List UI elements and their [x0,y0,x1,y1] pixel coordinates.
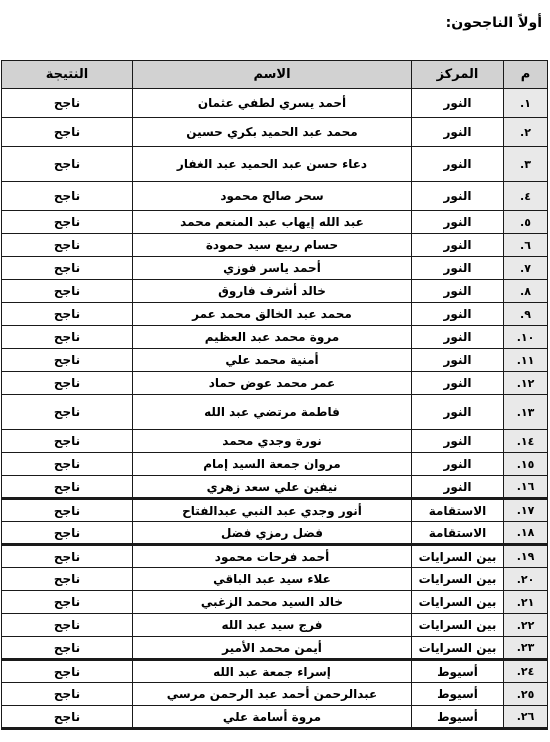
table-row: ٨.النورخالد أشرف فاروقناجح [2,280,548,303]
row-number-cell: ٧. [504,257,548,280]
result-cell: ناجح [2,280,133,303]
result-cell: ناجح [2,476,133,499]
name-cell: علاء سيد عبد الباقي [133,568,412,591]
result-cell: ناجح [2,568,133,591]
name-cell: نورة وجدي محمد [133,430,412,453]
table-row: ٢.النورمحمد عبد الحميد بكري حسينناجح [2,118,548,147]
row-number-cell: ١٤. [504,430,548,453]
row-number-cell: ٦. [504,234,548,257]
result-cell: ناجح [2,453,133,476]
name-cell: عمر محمد عوض حماد [133,372,412,395]
center-cell: النور [412,257,504,280]
table-row: ٦.النورحسام ربيع سيد حمودةناجح [2,234,548,257]
table-row: ١.النورأحمد يسري لطفي عثمانناجح [2,89,548,118]
row-number-cell: ١١. [504,349,548,372]
center-cell: النور [412,395,504,430]
name-cell: محمد عبد الخالق محمد عمر [133,303,412,326]
table-row: ١١.النورأمنية محمد عليناجح [2,349,548,372]
row-number-cell: ١٥. [504,453,548,476]
table-row: ٢٢.بين السراياتفرج سيد عبد اللهناجح [2,614,548,637]
center-cell: النور [412,430,504,453]
row-number-cell: ١٧. [504,499,548,522]
result-cell: ناجح [2,326,133,349]
row-number-cell: ١. [504,89,548,118]
center-cell: أسيوط [412,660,504,683]
table-row: ١٥.النورمروان جمعة السيد إمامناجح [2,453,548,476]
center-cell: النور [412,349,504,372]
center-cell: بين السرايات [412,545,504,568]
center-cell: النور [412,326,504,349]
table-row: ٥.النورعبد الله إيهاب عبد المنعم محمدناج… [2,211,548,234]
center-cell: أسيوط [412,706,504,729]
name-cell: أيمن محمد الأمير [133,637,412,660]
row-number-cell: ٢٦. [504,706,548,729]
row-number-cell: ٢٠. [504,568,548,591]
table-row: ٧.النورأحمد ياسر فوزيناجح [2,257,548,280]
table-row: ١٢.النورعمر محمد عوض حمادناجح [2,372,548,395]
table-body: ١.النورأحمد يسري لطفي عثمانناجح٢.النورمح… [2,89,548,729]
table-row: ١٨.الاستقامةفضل رمزي فضلناجح [2,522,548,545]
center-cell: بين السرايات [412,591,504,614]
table-header: م المركز الاسم النتيجة [2,61,548,89]
result-cell: ناجح [2,118,133,147]
result-cell: ناجح [2,147,133,182]
table-row: ٤.النورسحر صالح محمودناجح [2,182,548,211]
row-number-cell: ١٢. [504,372,548,395]
center-cell: النور [412,476,504,499]
name-cell: أحمد فرحات محمود [133,545,412,568]
center-cell: بين السرايات [412,614,504,637]
center-cell: أسيوط [412,683,504,706]
name-cell: نيفين علي سعد زهري [133,476,412,499]
result-cell: ناجح [2,499,133,522]
center-cell: النور [412,147,504,182]
row-number-cell: ٨. [504,280,548,303]
name-cell: أنور وجدي عبد النبي عبدالفتاح [133,499,412,522]
name-cell: عبدالرحمن أحمد عبد الرحمن مرسي [133,683,412,706]
name-cell: مروان جمعة السيد إمام [133,453,412,476]
name-cell: أحمد يسري لطفي عثمان [133,89,412,118]
center-cell: النور [412,303,504,326]
name-cell: خالد السيد محمد الزغبي [133,591,412,614]
header-result: النتيجة [2,61,133,89]
table-row: ٢٥.أسيوطعبدالرحمن أحمد عبد الرحمن مرسينا… [2,683,548,706]
table-row: ١٤.النورنورة وجدي محمدناجح [2,430,548,453]
name-cell: مروة محمد عبد العظيم [133,326,412,349]
table-row: ٢٦.أسيوطمروة أسامة عليناجح [2,706,548,729]
table-row: ٢٤.أسيوطإسراء جمعة عبد اللهناجح [2,660,548,683]
row-number-cell: ٢٢. [504,614,548,637]
result-cell: ناجح [2,430,133,453]
row-number-cell: ٢٣. [504,637,548,660]
name-cell: سحر صالح محمود [133,182,412,211]
row-number-cell: ٢١. [504,591,548,614]
result-cell: ناجح [2,211,133,234]
row-number-cell: ١٦. [504,476,548,499]
row-number-cell: ٢٥. [504,683,548,706]
row-number-cell: ٤. [504,182,548,211]
result-cell: ناجح [2,234,133,257]
center-cell: النور [412,211,504,234]
result-cell: ناجح [2,683,133,706]
table-row: ١٧.الاستقامةأنور وجدي عبد النبي عبدالفتا… [2,499,548,522]
header-name: الاسم [133,61,412,89]
result-cell: ناجح [2,303,133,326]
name-cell: حسام ربيع سيد حمودة [133,234,412,257]
center-cell: النور [412,372,504,395]
table-row: ١٣.النورفاطمة مرتضي عبد اللهناجح [2,395,548,430]
name-cell: خالد أشرف فاروق [133,280,412,303]
table-row: ٢٣.بين السراياتأيمن محمد الأميرناجح [2,637,548,660]
name-cell: أمنية محمد علي [133,349,412,372]
center-cell: الاستقامة [412,522,504,545]
center-cell: بين السرايات [412,568,504,591]
document-page: أولاً الناجحون: م المركز الاسم النتيجة ١… [0,0,550,742]
row-number-cell: ٢. [504,118,548,147]
name-cell: محمد عبد الحميد بكري حسين [133,118,412,147]
row-number-cell: ٥. [504,211,548,234]
result-cell: ناجح [2,706,133,729]
table-row: ٢١.بين السراياتخالد السيد محمد الزغبيناج… [2,591,548,614]
result-cell: ناجح [2,395,133,430]
row-number-cell: ٣. [504,147,548,182]
center-cell: بين السرايات [412,637,504,660]
result-cell: ناجح [2,89,133,118]
row-number-cell: ٩. [504,303,548,326]
header-row: م المركز الاسم النتيجة [2,61,548,89]
result-cell: ناجح [2,182,133,211]
row-number-cell: ١٩. [504,545,548,568]
result-cell: ناجح [2,614,133,637]
name-cell: فاطمة مرتضي عبد الله [133,395,412,430]
name-cell: أحمد ياسر فوزي [133,257,412,280]
result-cell: ناجح [2,591,133,614]
center-cell: النور [412,280,504,303]
header-num: م [504,61,548,89]
result-cell: ناجح [2,349,133,372]
result-cell: ناجح [2,637,133,660]
results-table: م المركز الاسم النتيجة ١.النورأحمد يسري … [1,60,548,730]
result-cell: ناجح [2,372,133,395]
center-cell: النور [412,234,504,257]
result-cell: ناجح [2,522,133,545]
row-number-cell: ٢٤. [504,660,548,683]
center-cell: النور [412,89,504,118]
name-cell: إسراء جمعة عبد الله [133,660,412,683]
table-row: ٩.النورمحمد عبد الخالق محمد عمرناجح [2,303,548,326]
center-cell: النور [412,182,504,211]
table-row: ٣.النوردعاء حسن عبد الحميد عبد الغفارناج… [2,147,548,182]
center-cell: النور [412,118,504,147]
table-row: ٢٠.بين السراياتعلاء سيد عبد الباقيناجح [2,568,548,591]
row-number-cell: ١٣. [504,395,548,430]
result-cell: ناجح [2,257,133,280]
table-row: ١٠.النورمروة محمد عبد العظيمناجح [2,326,548,349]
name-cell: فضل رمزي فضل [133,522,412,545]
name-cell: مروة أسامة علي [133,706,412,729]
header-center: المركز [412,61,504,89]
center-cell: النور [412,453,504,476]
result-cell: ناجح [2,545,133,568]
table-row: ١٦.النورنيفين علي سعد زهريناجح [2,476,548,499]
name-cell: فرج سيد عبد الله [133,614,412,637]
name-cell: دعاء حسن عبد الحميد عبد الغفار [133,147,412,182]
name-cell: عبد الله إيهاب عبد المنعم محمد [133,211,412,234]
center-cell: الاستقامة [412,499,504,522]
result-cell: ناجح [2,660,133,683]
page-title: أولاً الناجحون: [446,15,542,31]
row-number-cell: ١٠. [504,326,548,349]
table-row: ١٩.بين السراياتأحمد فرحات محمودناجح [2,545,548,568]
row-number-cell: ١٨. [504,522,548,545]
